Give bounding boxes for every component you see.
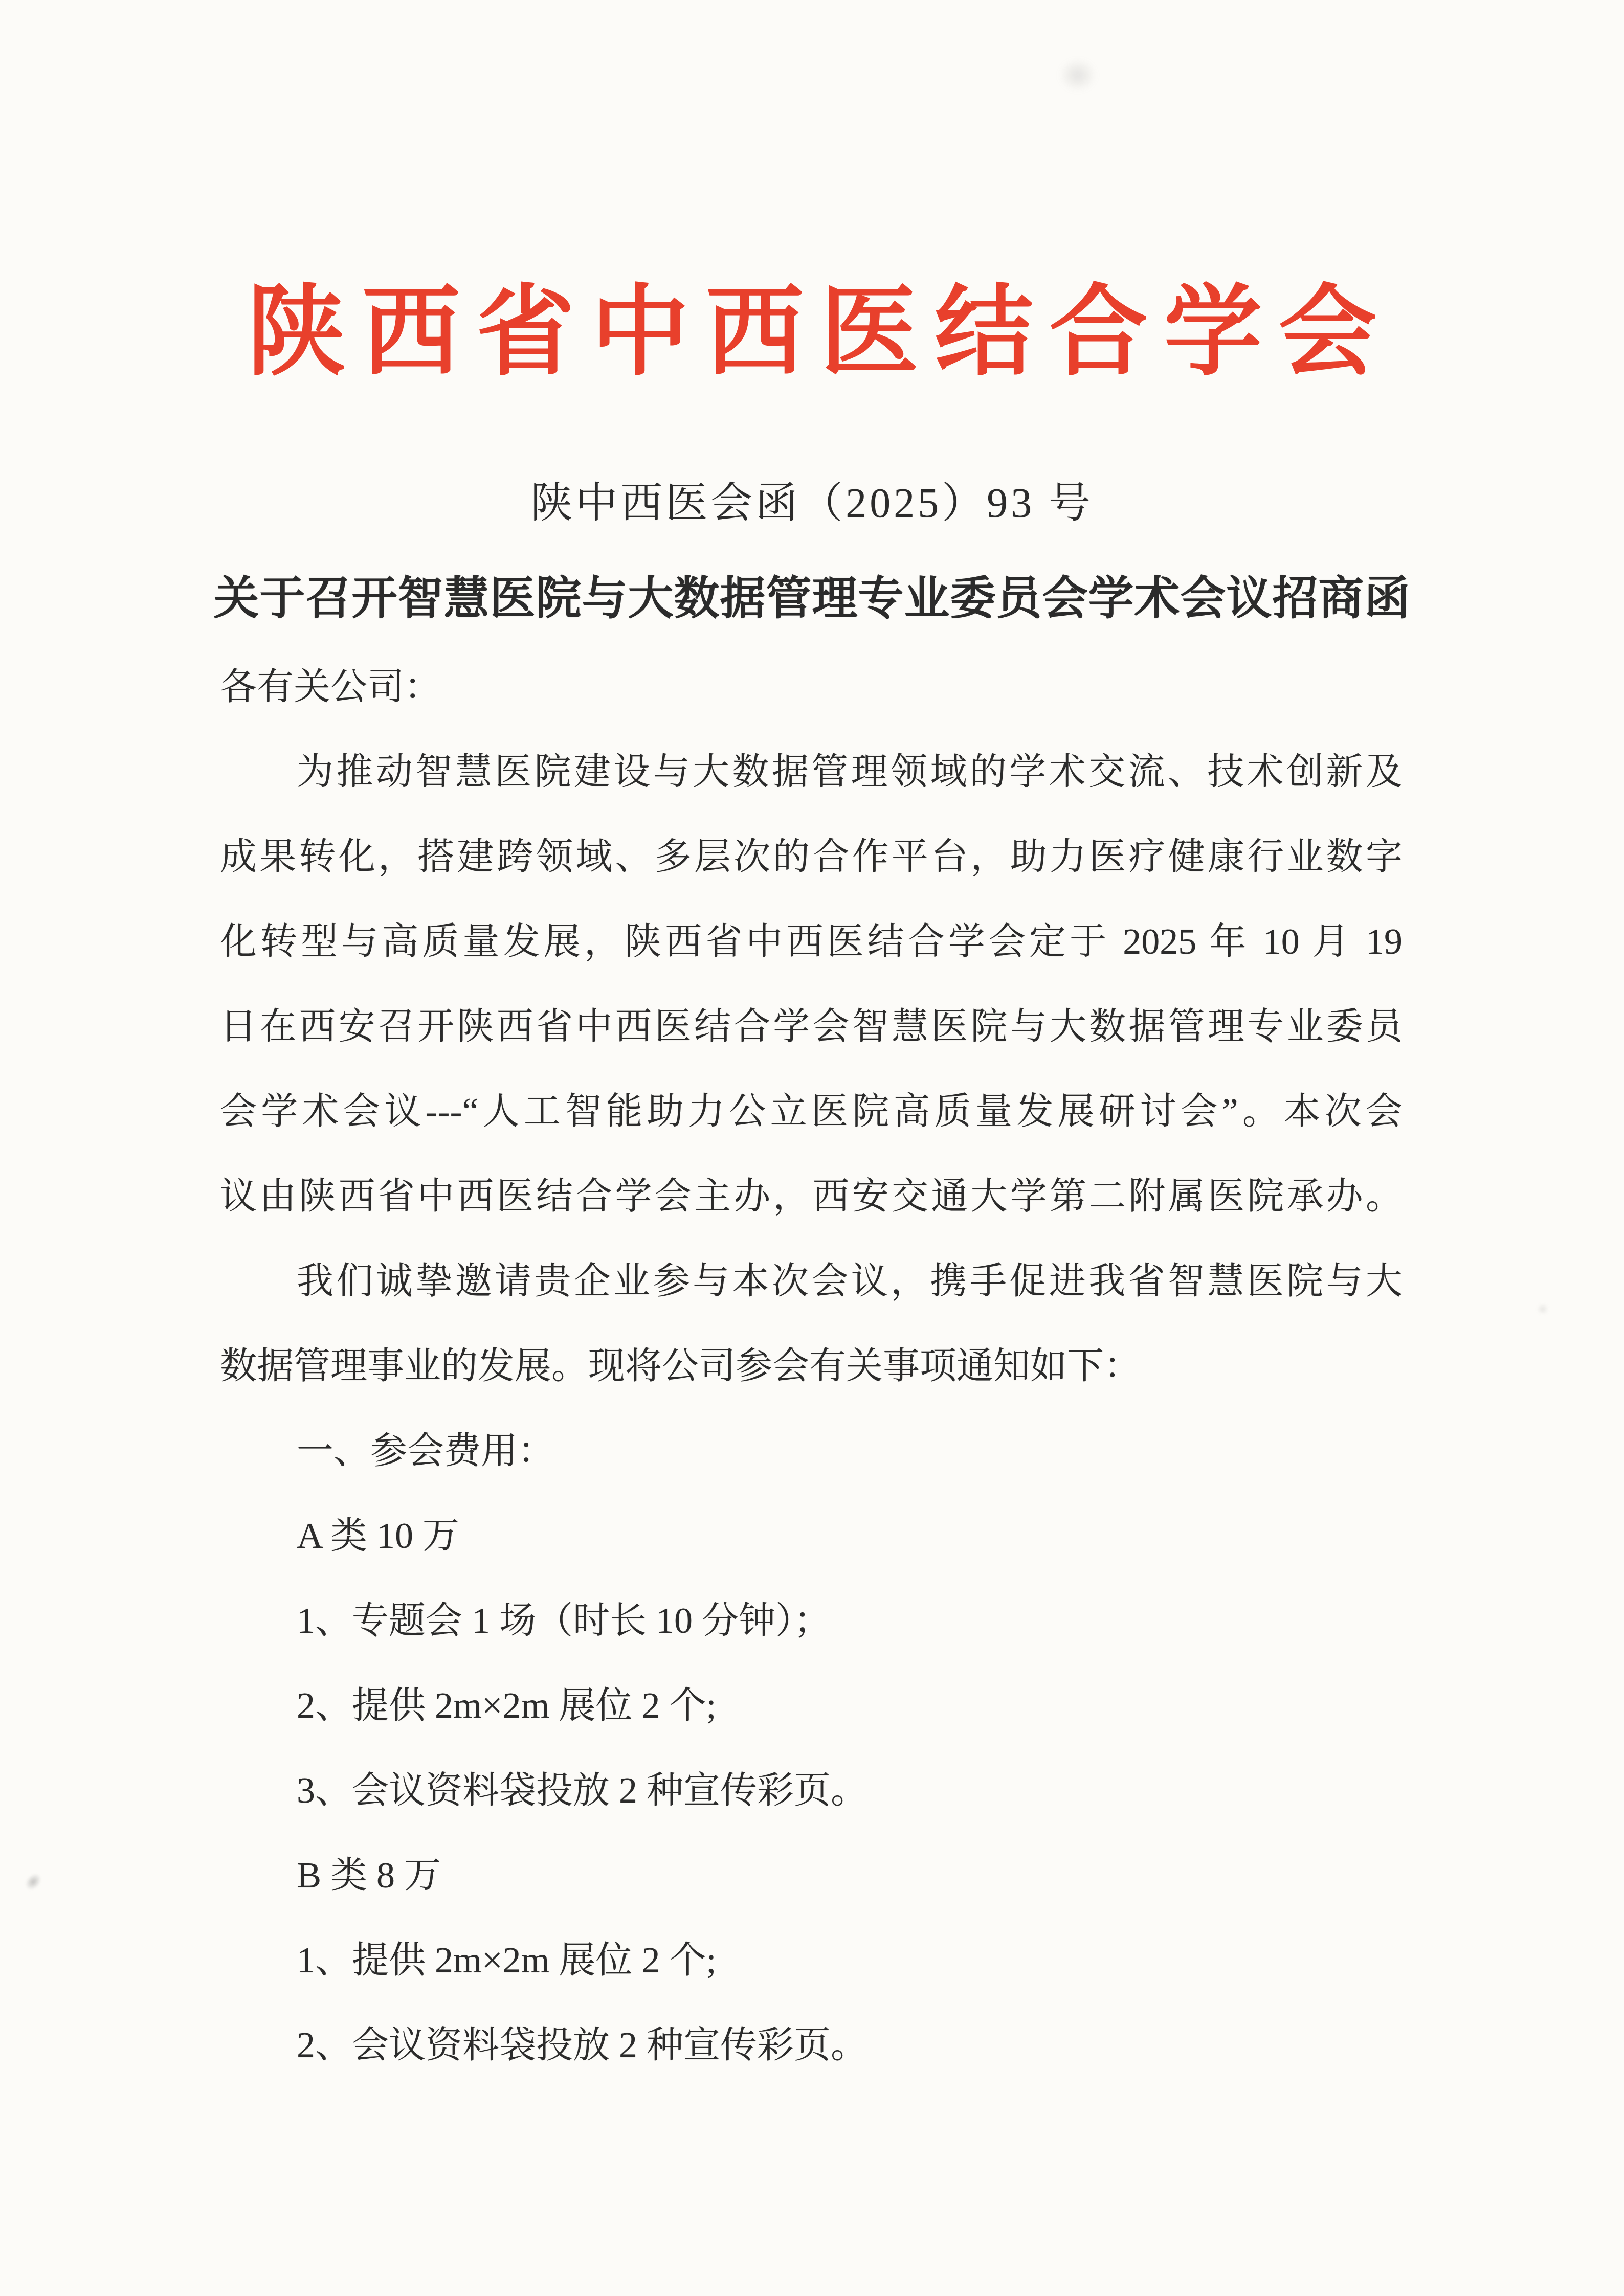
body-line: 成果转化，搭建跨领域、多层次的合作平台，助力医疗健康行业数字 — [220, 814, 1403, 899]
body-line: 我们诚挚邀请贵企业参与本次会议，携手促进我省智慧医院与大 — [220, 1239, 1403, 1323]
fee-item: 3、会议资料袋投放 2 种宣传彩页。 — [220, 1748, 1403, 1833]
fee-item: 2、提供 2m×2m 展位 2 个; — [220, 1663, 1403, 1748]
body-line: 数据管理事业的发展。现将公司参会有关事项通知如下： — [220, 1323, 1403, 1408]
fee-item: 2、会议资料袋投放 2 种宣传彩页。 — [220, 2002, 1403, 2087]
scan-smudge — [22, 1871, 44, 1893]
letterhead-org-name: 陕西省中西医结合学会 — [0, 280, 1624, 385]
doc-reference-number: 陕中西医会函（2025）93 号 — [0, 475, 1624, 532]
fee-item: 1、专题会 1 场（时长 10 分钟）； — [220, 1578, 1403, 1663]
document-page: 陕西省中西医结合学会 陕中西医会函（2025）93 号 关于召开智慧医院与大数据… — [0, 0, 1624, 2296]
section-heading-fees: 一、参会费用： — [220, 1408, 1403, 1493]
letter-body: 各有关公司： 为推动智慧医院建设与大数据管理领域的学术交流、技术创新及 成果转化… — [220, 644, 1403, 2087]
body-line: 为推动智慧医院建设与大数据管理领域的学术交流、技术创新及 — [220, 729, 1403, 814]
scan-smudge — [1059, 59, 1097, 92]
salutation: 各有关公司： — [220, 644, 1403, 729]
subject-title: 关于召开智慧医院与大数据管理专业委员会学术会议招商函 — [0, 568, 1624, 630]
body-line: 化转型与高质量发展，陕西省中西医结合学会定于 2025 年 10 月 19 — [220, 899, 1403, 984]
body-line: 会学术会议---“人工智能助力公立医院高质量发展研讨会”。本次会 — [220, 1069, 1403, 1154]
fee-class-a: A 类 10 万 — [220, 1493, 1403, 1578]
body-line: 日在西安召开陕西省中西医结合学会智慧医院与大数据管理专业委员 — [220, 984, 1403, 1069]
scan-smudge — [1537, 1304, 1548, 1314]
fee-item: 1、提供 2m×2m 展位 2 个; — [220, 1918, 1403, 2002]
fee-class-b: B 类 8 万 — [220, 1833, 1403, 1918]
body-line: 议由陕西省中西医结合学会主办，西安交通大学第二附属医院承办。 — [220, 1154, 1403, 1239]
